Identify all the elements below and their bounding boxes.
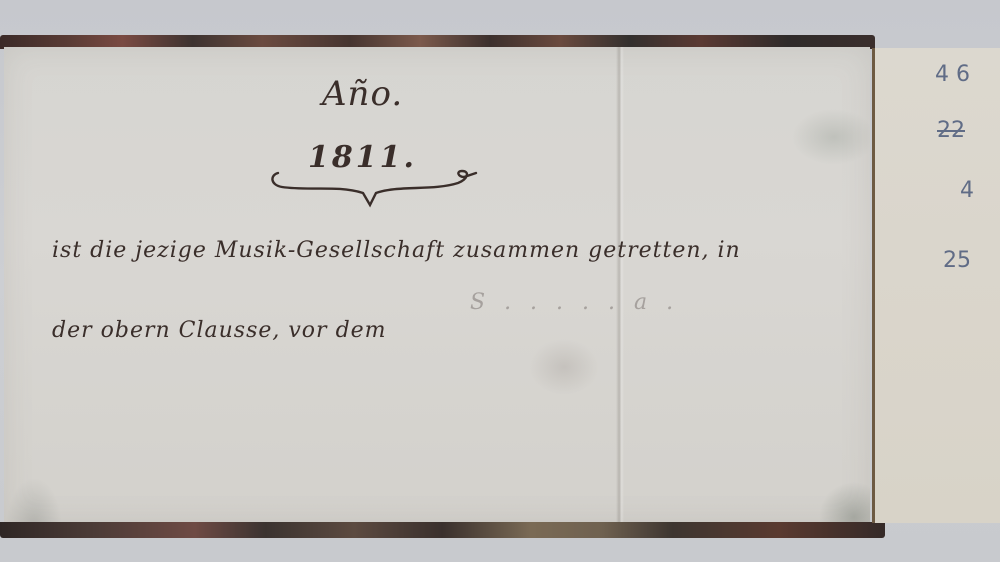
book-cover-bottom-edge	[0, 522, 885, 538]
pencil-mark-3: 4	[960, 178, 974, 203]
pencil-mark-4: 25	[943, 248, 971, 273]
adjacent-page: 4 6 22 4 25	[872, 48, 1000, 523]
decorative-flourish	[268, 165, 478, 210]
pencil-mark-2: 22	[937, 118, 965, 143]
pencil-mark-1: 4 6	[935, 62, 970, 87]
page-fold-crease	[616, 47, 624, 524]
faded-illegible-text: S . . . . . a .	[470, 290, 679, 315]
body-line-2: der obern Clausse, vor dem	[52, 318, 387, 343]
body-line-1: ist die jezige Musik-Gesellschaft zusamm…	[52, 238, 741, 263]
heading-ano: Año.	[322, 74, 403, 114]
manuscript-page	[4, 47, 870, 524]
